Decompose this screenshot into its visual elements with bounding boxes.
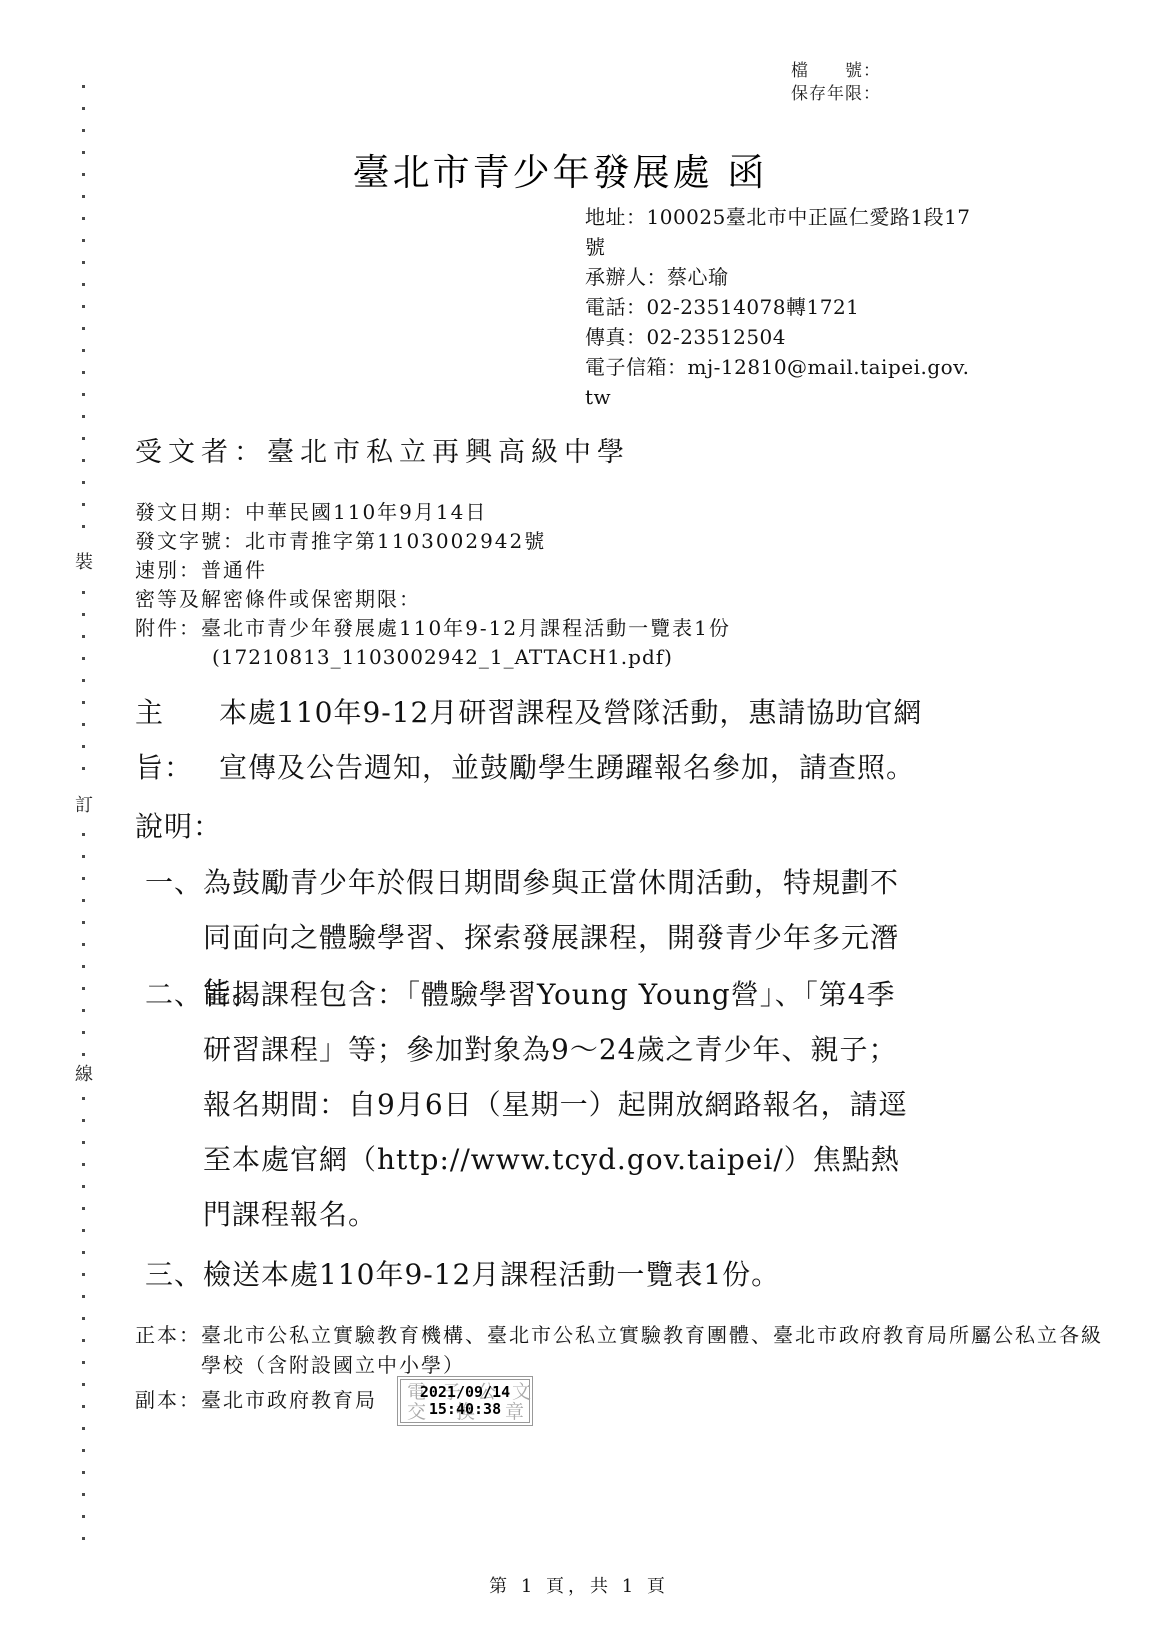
copy-recipients: 副本：臺北市政府教育局 (135, 1385, 1040, 1415)
document-page: 裝 訂 線 檔 號： 保存年限： 臺北市青少年發展處 函 地址：100025臺北… (0, 0, 1158, 1649)
security-class-line: 密等及解密條件或保密期限： (135, 585, 915, 614)
subject-label: 主旨： (135, 685, 219, 795)
issue-date-line: 發文日期：中華民國110年9月14日 (135, 498, 915, 527)
attachment-line: 附件：臺北市青少年發展處110年9-12月課程活動一覽表1份 (135, 614, 915, 643)
meta-block: 發文日期：中華民國110年9月14日 發文字號：北市青推字第1103002942… (135, 498, 915, 672)
stamp-date: 2021/09/14 (420, 1384, 510, 1401)
original-recipients: 正本：臺北市公私立實驗教育機構、臺北市公私立實驗教育團體、臺北市政府教育局所屬公… (135, 1320, 1106, 1380)
binding-mark-xian: 線 (74, 1058, 94, 1088)
item-number: 二、 (145, 967, 203, 1242)
description-label: 說明： (135, 799, 222, 854)
subject-block: 主旨： 本處110年9-12月研習課程及營隊活動，惠請協助官網宣傳及公告週知，並… (135, 685, 931, 795)
subject-text: 本處110年9-12月研習課程及營隊活動，惠請協助官網宣傳及公告週知，並鼓勵學生… (219, 685, 931, 795)
page-footer: 第 1 頁，共 1 頁 (0, 1572, 1158, 1598)
document-title: 臺北市青少年發展處 函 (0, 142, 1120, 196)
stamp-datetime: 2021/09/14 15:40:38 (401, 1380, 529, 1422)
stamp-time: 15:40:38 (429, 1401, 501, 1418)
doc-number-line: 發文字號：北市青推字第1103002942號 (135, 527, 915, 556)
file-number-block: 檔 號： 保存年限： (791, 60, 881, 106)
binding-mark-zhuang: 裝 (74, 546, 94, 576)
electronic-exchange-stamp: 電子公文 交換章 2021/09/14 15:40:38 (397, 1376, 533, 1426)
contact-fax: 傳真：02-23512504 (585, 322, 971, 352)
contact-address: 地址：100025臺北市中正區仁愛路1段17號 (585, 202, 971, 262)
retention-period-label: 保存年限： (791, 83, 881, 106)
file-number-label: 檔 號： (791, 60, 881, 83)
attachment-filename: (17210813_1103002942_1_ATTACH1.pdf) (135, 643, 915, 672)
description-item-2: 二、 旨揭課程包含：「體驗學習Young Young營」、「第4季研習課程」等；… (145, 967, 909, 1242)
contact-email: 電子信箱：mj-12810@mail.taipei.gov.tw (585, 352, 971, 412)
item-text: 檢送本處110年9-12月課程活動一覽表1份。 (203, 1247, 909, 1302)
contact-person: 承辦人：蔡心瑜 (585, 262, 971, 292)
contact-phone: 電話：02-23514078轉1721 (585, 292, 971, 322)
contact-block: 地址：100025臺北市中正區仁愛路1段17號 承辦人：蔡心瑜 電話：02-23… (585, 202, 971, 412)
recipient-line: 受文者：臺北市私立再興高級中學 (135, 430, 630, 469)
item-number: 三、 (145, 1247, 203, 1302)
description-item-3: 三、 檢送本處110年9-12月課程活動一覽表1份。 (145, 1247, 909, 1302)
item-text: 旨揭課程包含：「體驗學習Young Young營」、「第4季研習課程」等；參加對… (203, 967, 909, 1242)
speed-class-line: 速別：普通件 (135, 556, 915, 585)
binding-mark-ding: 訂 (74, 789, 94, 819)
